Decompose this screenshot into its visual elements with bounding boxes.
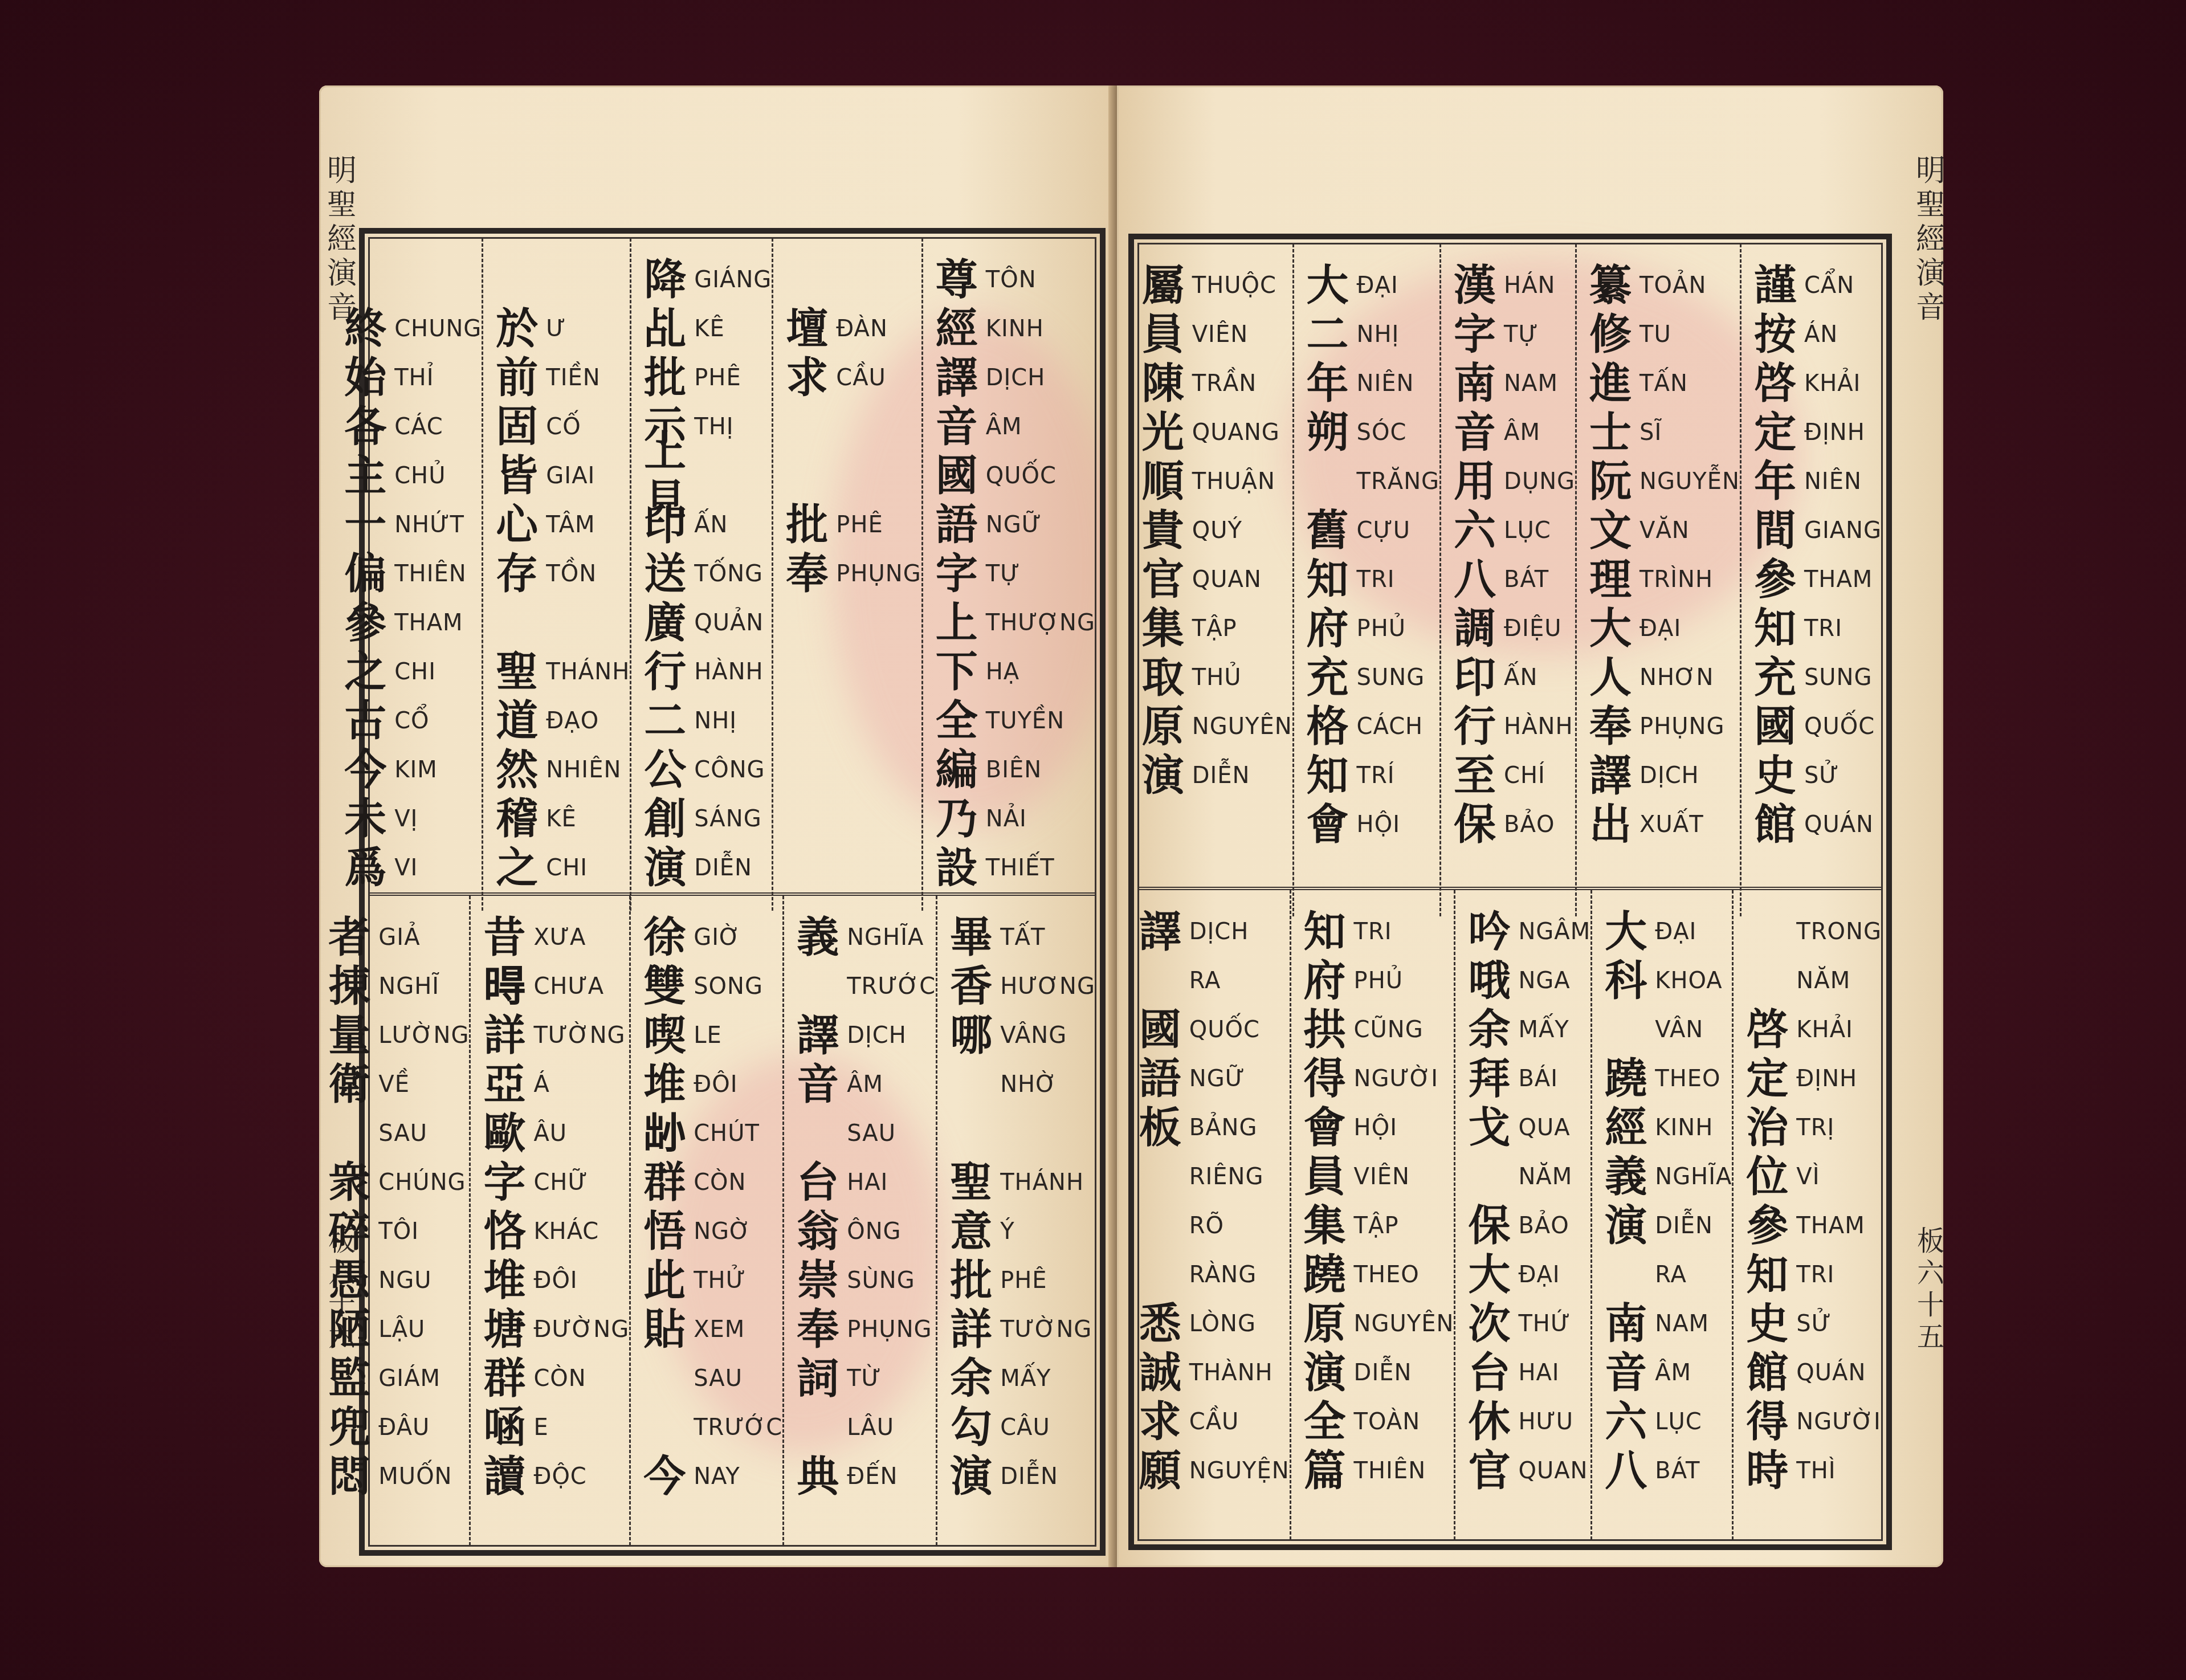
quoc-ngu-reading: ÂM [1504,419,1540,446]
quoc-ngu-reading: THIẾT [986,855,1055,881]
quoc-ngu-reading: TRI [1357,566,1395,593]
text-cell: 取THỦ [1137,653,1242,702]
han-nom-character: 者 [324,913,375,962]
text-cell: 貼XEM [639,1305,745,1354]
text-cell: 謹CẨN [1749,261,1854,310]
text-cell: 存TỒN [491,549,597,598]
han-nom-character: 陳 [1137,359,1189,408]
han-nom-character: 𤯩 [639,1403,690,1452]
text-cell: 義NGHĨA [1600,1152,1732,1201]
han-nom-character: 哪 [945,1011,997,1060]
han-nom-character: 𤯩 [792,962,843,1011]
han-nom-character: 塘 [479,1305,530,1354]
text-cell: 設THIẾT [931,843,1055,892]
quoc-ngu-reading: TU [1639,321,1671,348]
han-nom-character: 𠶋 [1600,1005,1651,1054]
text-cell: 上見 [639,451,694,500]
quoc-ngu-reading: ĐÔI [533,1267,577,1294]
han-nom-character: 大 [1463,1250,1515,1299]
han-nom-character: 蹺 [1600,1054,1651,1103]
han-nom-character: 年 [1302,359,1353,408]
quoc-ngu-reading: CHƯA [533,973,604,1000]
han-nom-character: 得 [1742,1397,1793,1446]
han-nom-character: 至 [1449,751,1500,800]
text-cell: 至CHÍ [1449,751,1545,800]
han-nom-character: 𠚢 [1600,1250,1651,1299]
han-nom-character: 創 [639,794,691,843]
left-top-column-2: 壇ĐÀN求CẦU批PHÊ奉PHỤNG [772,238,921,911]
quoc-ngu-reading: NHỊ [1357,321,1400,348]
quoc-ngu-reading: NHƠN [1639,664,1714,691]
text-cell: 屬THUỘC [1137,261,1276,310]
quoc-ngu-reading: ĐỊNH [1796,1066,1857,1092]
han-nom-character: 義 [792,913,843,962]
text-cell: 啓KHẢI [1749,359,1861,408]
han-nom-character: 集 [1137,604,1189,653]
quoc-ngu-reading: ẤN [694,512,728,538]
quoc-ngu-reading: QUỐC [1804,713,1875,740]
quoc-ngu-reading: DIỄN [1192,762,1250,789]
quoc-ngu-reading: NGUYỄN [1639,468,1740,495]
han-nom-character: 聖 [491,647,543,696]
text-cell: 者GIẢ [324,913,420,962]
han-nom-character: 定 [1749,408,1801,457]
han-nom-character: 二 [1302,310,1353,359]
quoc-ngu-reading: VÌ [1796,1164,1820,1190]
han-nom-character: 次 [1463,1299,1515,1348]
han-nom-character: 取 [1137,653,1189,702]
quoc-ngu-reading: NGƯỜI [1796,1409,1881,1435]
quoc-ngu-reading: SÁNG [694,806,761,832]
han-nom-character: 科 [1600,956,1651,1005]
text-cell: 用DỤNG [1449,457,1575,506]
han-nom-character: 奉 [781,549,833,598]
text-cell: 保BẢO [1463,1201,1569,1250]
text-cell: 奉PHỤNG [781,549,921,598]
quoc-ngu-reading: BẢO [1518,1213,1569,1239]
quoc-ngu-reading: QUẢN [694,610,764,636]
text-cell: 知TRI [1742,1250,1834,1299]
quoc-ngu-reading: VIÊN [1354,1164,1410,1190]
quoc-ngu-reading: HẠ [986,659,1019,685]
text-cell: 進TẤN [1585,359,1688,408]
han-nom-character: 戈 [1463,1103,1515,1152]
han-nom-character: 𢆥 [1742,956,1793,1005]
quoc-ngu-reading: SĨ [1639,419,1662,446]
text-cell: 台HAI [1463,1348,1559,1397]
quoc-ngu-reading: ĐÀN [836,316,888,342]
text-cell: 之CHI [491,843,588,892]
text-cell: 按ÁN [1749,310,1838,359]
left-top-column-5: 終CHUNG始THỈ各CÁC主CHỦ一NHỨT偏THIÊN參THAM之CHI古C… [332,238,482,911]
han-nom-character: 下 [931,647,982,696]
han-nom-character: 心 [491,500,543,549]
quoc-ngu-reading: THƯỢNG [986,610,1095,636]
han-nom-character: 詳 [945,1305,997,1354]
han-nom-character: 時 [1742,1446,1793,1495]
han-nom-character: 演 [1600,1201,1651,1250]
han-nom-character: 固 [491,402,543,451]
text-cell: 兜ĐÂU [324,1403,430,1452]
quoc-ngu-reading: QUÝ [1192,517,1242,544]
text-cell: 啓KHẢI [1742,1005,1853,1054]
quoc-ngu-reading: KIM [394,757,438,783]
quoc-ngu-reading: CÂU [1000,1414,1050,1441]
text-cell: 年NIÊN [1749,457,1862,506]
han-nom-character: 六 [1600,1397,1651,1446]
quoc-ngu-reading: NAM [1504,370,1558,397]
text-cell: 館QUÁN [1749,800,1874,849]
han-nom-character: 參 [340,598,391,647]
text-cell: 休HƯU [1463,1397,1573,1446]
text-cell: 𡭧CHÚT [639,1109,760,1158]
han-nom-character: 印 [639,500,691,549]
quoc-ngu-reading: TỐNG [694,561,763,587]
han-nom-character: 原 [1137,702,1189,751]
han-nom-character: 南 [1600,1299,1651,1348]
text-cell: 乃NẢI [931,794,1027,843]
han-nom-character: 館 [1742,1348,1793,1397]
han-nom-character: 𢆥 [1463,1152,1515,1201]
quoc-ngu-reading: ÔNG [847,1218,901,1245]
text-cell: 聖THÁNH [491,647,630,696]
text-cell: 編BIÊN [931,745,1042,794]
text-cell: 會HỘI [1299,1103,1397,1152]
han-nom-character: 會 [1302,800,1353,849]
text-cell: 官QUAN [1137,555,1262,604]
quoc-ngu-reading: THIÊN [1354,1458,1426,1484]
left-top-column-4: 於Ư前TIỀN固CỐ皆GIAI心TÂM存TỒN聖THÁNH道ĐẠO然NHIÊN稽… [482,238,630,911]
quoc-ngu-reading: TƯỜNG [533,1022,625,1049]
han-nom-character: 官 [1463,1446,1515,1495]
open-book: 明聖經演音 板 六十六 尊TÔN經KINH譯DỊCH音ÂM國QUỐC語NGỮ字T… [319,85,1955,1567]
right-page-frame: 謹CẨN按ÁN啓KHẢI定ĐỊNH年NIÊN間GIANG參THAM知TRI充SU… [1128,234,1892,1550]
quoc-ngu-reading: NHỜ [1000,1071,1057,1098]
quoc-ngu-reading: LẬU [378,1316,425,1343]
text-cell: 參THAM [1742,1201,1865,1250]
quoc-ngu-reading: PHÊ [836,512,883,538]
han-nom-character: 𥢆 [1135,1152,1186,1201]
quoc-ngu-reading: TRÍ [1357,762,1395,789]
text-cell: 之CHI [340,647,436,696]
text-cell: 國QUỐC [1135,1005,1260,1054]
han-nom-character: 今 [639,1452,690,1501]
quoc-ngu-reading: HƯƠNG [1000,973,1095,1000]
text-cell [945,1109,1000,1158]
right-top-row: 謹CẨN按ÁN啓KHẢI定ĐỊNH年NIÊN間GIANG參THAM知TRI充SU… [1139,244,1882,916]
quoc-ngu-reading: XƯA [533,924,586,951]
quoc-ngu-reading: ĐỊNH [1804,419,1865,446]
text-cell: 印ẤN [1449,653,1537,702]
quoc-ngu-reading: THÀNH [1189,1360,1273,1386]
han-nom-character: 乩 [639,304,691,353]
quoc-ngu-reading: TRONG [1796,919,1882,945]
text-cell: 創SÁNG [639,794,761,843]
han-nom-character: 文 [1585,506,1636,555]
right-top-column-2: 纂TOẢN修TU進TẤN士SĨ阮NGUYỄN文VĂN理TRÌNH大ĐẠI人NHƠ… [1575,244,1740,916]
quoc-ngu-reading: THUẬN [1192,468,1275,495]
left-bottom-column-4: 昔XƯA𣈜CHƯA詳TƯỜNG亞Á歐ÂU字CHỮ恪KHÁC堆ĐÔI塘ĐƯỜNG群… [469,896,629,1546]
han-nom-character: 知 [1749,604,1801,653]
text-cell: 㨂NGHĨ [324,962,439,1011]
han-nom-character: 一 [340,500,391,549]
quoc-ngu-reading: KINH [1655,1115,1713,1141]
quoc-ngu-reading: BẢO [1504,812,1555,838]
text-cell: 稽KÊ [491,794,577,843]
text-cell: 典ĐẾN [792,1452,898,1501]
text-cell: 𢚸SAU [792,1109,896,1158]
han-nom-character: 詞 [792,1354,843,1403]
text-cell: 音ÂM [1449,408,1540,457]
quoc-ngu-reading: TRĂNG [1357,468,1440,495]
quoc-ngu-reading: NHỊ [694,708,737,734]
text-cell: 𢚸SAU [639,1354,743,1403]
text-cell: 批PHÊ [781,500,883,549]
han-nom-character: 奉 [1585,702,1636,751]
text-cell: 順THUẬN [1137,457,1275,506]
quoc-ngu-reading: CỔ [394,708,429,734]
quoc-ngu-reading: HÀNH [694,659,763,685]
han-nom-character: 未 [340,794,391,843]
quoc-ngu-reading: TIỀN [546,365,600,391]
quoc-ngu-reading: NGÂM [1518,919,1590,945]
han-nom-character: 道 [491,696,543,745]
han-nom-character: 國 [1135,1005,1186,1054]
han-nom-character: 史 [1749,751,1801,800]
han-nom-character: 南 [1449,359,1500,408]
text-cell: 廣QUẢN [639,598,764,647]
quoc-ngu-reading: CHỮ [533,1169,588,1196]
han-nom-character: 群 [479,1354,530,1403]
han-nom-character: 屬 [1137,261,1189,310]
quoc-ngu-reading: SAU [378,1120,427,1147]
text-cell: 篇THIÊN [1299,1446,1426,1495]
han-nom-character: 𢚸 [792,1109,843,1158]
quoc-ngu-reading: NGỮ [986,512,1042,538]
text-cell: 譯DỊCH [1135,907,1249,956]
quoc-ngu-reading: BÁT [1504,566,1549,593]
text-cell: 願NGUYỆN [1135,1446,1290,1495]
quoc-ngu-reading: E [533,1414,548,1441]
text-cell: 下HẠ [931,647,1019,696]
text-cell: 士SĨ [1585,408,1662,457]
quoc-ngu-reading: VI [394,855,418,881]
quoc-ngu-reading: TỰ [986,561,1021,587]
quoc-ngu-reading: HAI [1518,1360,1559,1386]
quoc-ngu-reading: LƯỜNG [378,1022,469,1049]
quoc-ngu-reading: GIAI [546,463,595,489]
text-cell [781,402,836,451]
text-cell: 經KINH [931,304,1044,353]
han-nom-character: 篇 [1299,1446,1351,1495]
han-nom-character: 香 [945,962,997,1011]
text-cell: 歐ÂU [479,1109,567,1158]
quoc-ngu-reading: KHOA [1655,968,1722,994]
han-nom-character: 讀 [479,1452,530,1501]
quoc-ngu-reading: THỊ [694,414,733,440]
text-cell: 參THAM [340,598,463,647]
quoc-ngu-reading: RÕ [1189,1213,1224,1239]
left-bottom-column-1: 畢TẤT香HƯƠNG哪VÂNG𢟹NHỜ聖THÁNH意Ý批PHÊ詳TƯỜNG余MẤ… [936,896,1095,1546]
text-cell: 翁ÔNG [792,1207,901,1256]
han-nom-character: 𥪞 [1742,907,1793,956]
text-cell: 陋LẬU [324,1305,425,1354]
quoc-ngu-reading: NĂM [1518,1164,1572,1190]
quoc-ngu-reading: VÂNG [1000,1022,1067,1049]
han-nom-character: 翁 [792,1207,843,1256]
text-cell: 主CHỦ [340,451,446,500]
left-page-frame: 尊TÔN經KINH譯DỊCH音ÂM國QUỐC語NGỮ字TỰ上THƯỢNG下HẠ全… [359,228,1106,1556]
han-nom-character: 六 [1449,506,1500,555]
text-cell: 館QUÁN [1742,1348,1866,1397]
quoc-ngu-reading: SỬ [1796,1311,1832,1337]
han-nom-character: 音 [792,1060,843,1109]
han-nom-character: 送 [639,549,691,598]
han-nom-character: 然 [491,745,543,794]
text-cell: 心TÂM [491,500,595,549]
han-nom-character: 順 [1137,457,1189,506]
text-cell: 時THÌ [1742,1446,1836,1495]
text-cell: 府PHỦ [1299,956,1403,1005]
quoc-ngu-reading: PHỤNG [1639,713,1724,740]
left-top-row: 尊TÔN經KINH譯DỊCH音ÂM國QUỐC語NGỮ字TỰ上THƯỢNG下HẠ全… [369,238,1095,911]
text-cell: 𠶋VÂN [1600,1005,1703,1054]
quoc-ngu-reading: LÒNG [1189,1311,1256,1337]
text-cell: 經KINH [1600,1103,1713,1152]
han-nom-character: 兜 [324,1403,375,1452]
han-nom-character: 堆 [479,1256,530,1305]
right-top-column-3: 漢HÁN字TỰ南NAM音ÂM用DỤNG六LỤC八BÁT調ĐIỆU印ẤN行HÀNH… [1439,244,1575,916]
text-cell: 大ĐẠI [1585,604,1681,653]
han-nom-character: 經 [931,304,982,353]
han-nom-character: 𠚢 [1135,956,1186,1005]
han-nom-character: 員 [1137,310,1189,359]
quoc-ngu-reading: ÂU [533,1120,567,1147]
quoc-ngu-reading: HỘI [1357,812,1400,838]
quoc-ngu-reading: TẬP [1192,615,1237,642]
quoc-ngu-reading: CẦU [836,365,886,391]
text-cell: 批PHÊ [639,353,741,402]
han-nom-character: 演 [1137,751,1189,800]
han-nom-character: 譯 [1135,907,1186,956]
text-cell: 衛VỀ [324,1060,410,1109]
text-cell [491,598,546,647]
quoc-ngu-reading: DỊCH [1639,762,1699,789]
han-nom-character: 譯 [931,353,982,402]
quoc-ngu-reading: MẤY [1000,1365,1051,1392]
han-nom-character: 台 [1463,1348,1515,1397]
left-bottom-column-2: 義NGHĨA𤯩TRƯỚC譯DỊCH音ÂM𢚸SAU台HAI翁ÔNG崇SÙNG奉PH… [782,896,936,1546]
han-nom-character: 集 [1299,1201,1351,1250]
han-nom-character: 公 [639,745,691,794]
quoc-ngu-reading: DỊCH [1189,919,1249,945]
han-nom-character: 古 [340,696,391,745]
quoc-ngu-reading: ĐƯỜNG [533,1316,629,1343]
han-nom-character: 批 [639,353,691,402]
quoc-ngu-reading: XUẤT [1639,812,1703,838]
quoc-ngu-reading: QUÁN [1796,1360,1866,1386]
han-nom-character: 人 [1585,653,1636,702]
quoc-ngu-reading: KHẢI [1804,370,1861,397]
quoc-ngu-reading: THUỘC [1192,272,1276,299]
text-cell: 亞Á [479,1060,549,1109]
quoc-ngu-reading: TRI [1804,615,1842,642]
han-nom-character: 崇 [792,1256,843,1305]
quoc-ngu-reading: ĐẠI [1639,615,1681,642]
han-nom-character: 尊 [931,255,982,304]
text-cell: 𢚸SAU [324,1109,427,1158]
quoc-ngu-reading: TẬP [1354,1213,1399,1239]
quoc-ngu-reading: ÂM [986,414,1022,440]
text-cell: 原NGUYÊN [1299,1299,1454,1348]
quoc-ngu-reading: NGU [378,1267,431,1294]
han-nom-character: 批 [945,1256,997,1305]
quoc-ngu-reading: CHÚT [694,1120,760,1147]
han-nom-character: 降 [639,255,691,304]
text-cell: 余MẤY [1463,1005,1569,1054]
text-cell: 出XUẤT [1585,800,1703,849]
quoc-ngu-reading: PHỤNG [836,561,921,587]
han-nom-character: 上 [931,598,982,647]
han-nom-character: 啓 [1749,359,1801,408]
quoc-ngu-reading: CHI [546,855,588,881]
right-page: 明聖經演音 板 六十五 謹CẨN按ÁN啓KHẢI定ĐỊNH年NIÊN間GIANG… [1117,85,1943,1567]
han-nom-character: 保 [1449,800,1500,849]
right-bottom-column-5: 譯DỊCH𠚢RA國QUỐC語NGỮ板BẢNG𥢆RIÊNG𤈜RÕ𤎎RÀNG悉LÒN… [1127,890,1290,1540]
han-nom-character: 板 [1135,1103,1186,1152]
quoc-ngu-reading: BÁI [1518,1066,1558,1092]
quoc-ngu-reading: NGHĨ [378,973,439,1000]
han-nom-character: 爲 [340,843,391,892]
han-nom-character: 壇 [781,304,833,353]
han-nom-character: 悟 [639,1207,690,1256]
han-nom-character: 會 [1299,1103,1351,1152]
quoc-ngu-reading: NHỨT [394,512,464,538]
text-cell [491,255,546,304]
quoc-ngu-reading: LỤC [1655,1409,1702,1435]
quoc-ngu-reading: LÂU [847,1414,894,1441]
han-nom-character: 音 [1600,1348,1651,1397]
quoc-ngu-reading: GIẢ [378,924,420,951]
quoc-ngu-reading: SÓC [1357,419,1407,446]
text-cell: 降GIÁNG [639,255,772,304]
quoc-ngu-reading: LE [694,1022,722,1049]
quoc-ngu-reading: THAM [1804,566,1873,593]
text-cell: 阮NGUYỄN [1585,457,1740,506]
han-nom-character: 㖤 [479,1403,530,1452]
han-nom-character: 恪 [479,1207,530,1256]
text-cell: 語NGỮ [1135,1054,1245,1103]
han-nom-character: 於 [491,304,543,353]
right-bottom-column-4: 知TRI府PHỦ拱CŨNG得NGƯỜI會HỘI員VIÊN集TẬP蹺THEO原NG… [1290,890,1454,1540]
han-nom-character: 㨂 [324,962,375,1011]
han-nom-character: 纂 [1585,261,1636,310]
text-cell: 參THAM [1749,555,1873,604]
han-nom-character: 舊 [1302,506,1353,555]
quoc-ngu-reading: XEM [694,1316,745,1343]
text-cell: 譯DỊCH [1585,751,1699,800]
text-cell: 年NIÊN [1302,359,1414,408]
text-cell: 道ĐẠO [491,696,599,745]
quoc-ngu-reading: QUỐC [986,463,1057,489]
han-nom-character: 史 [1742,1299,1793,1348]
text-cell: 悉LÒNG [1135,1299,1256,1348]
text-cell: 八BÁT [1449,555,1549,604]
quoc-ngu-reading: TRÌNH [1639,566,1713,593]
han-nom-character: 奉 [792,1305,843,1354]
quoc-ngu-reading: TÂM [546,512,595,538]
text-cell: 乩KÊ [639,304,725,353]
